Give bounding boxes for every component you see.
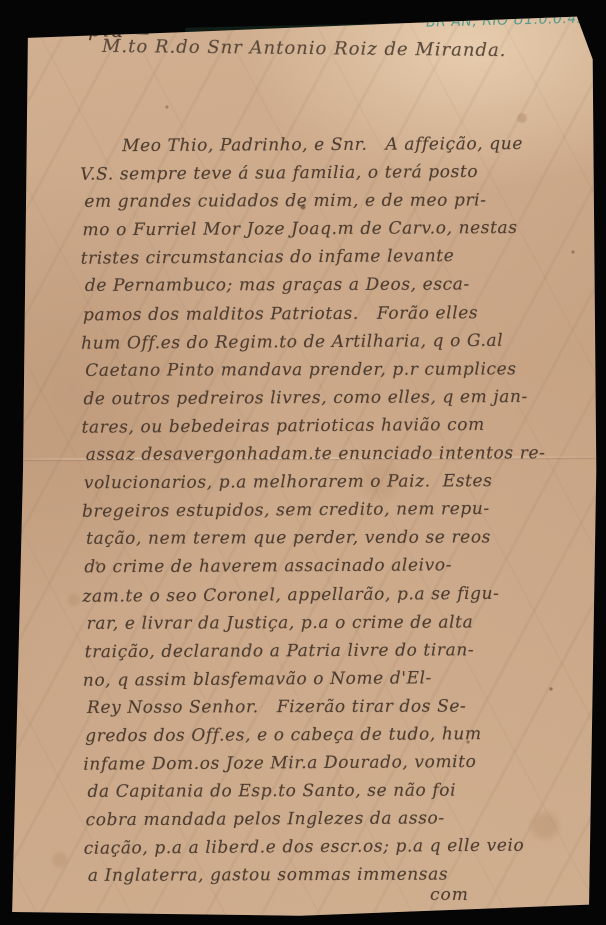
salutation-line: M.to R.do Snr Antonio Roiz de Miranda. <box>102 36 507 61</box>
manuscript-line: Rey Nosso Senhor. Fizerão tirar dos Se- <box>87 692 571 722</box>
manuscript-line: cobra mandada pelos Inglezes da asso- <box>86 804 570 835</box>
catchword: com <box>430 885 469 905</box>
manuscript-line: Meo Thio, Padrinho, e Snr. A affeição, q… <box>82 130 566 161</box>
manuscript-line: rar, e livrar da Justiça, p.a o crime de… <box>87 608 571 638</box>
manuscript-line: traição, declarando a Patria livre do ti… <box>85 635 569 666</box>
manuscript-line: a Inglaterra, gastou sommas immensas <box>88 861 572 891</box>
manuscript-line: bregeiros estupidos, sem credito, nem re… <box>82 495 566 526</box>
scan-background: BR AN, RIO U1.0.0.459, p.1 = Copia = M.t… <box>0 0 606 925</box>
manuscript-line: pamos dos malditos Patriotas. Forão elle… <box>83 298 567 329</box>
manuscript-line: da Capitania do Esp.to Santo, se não foi <box>87 776 571 806</box>
manuscript-line: gredos dos Off.es, e o cabeça de tudo, h… <box>85 720 569 751</box>
manuscript-line: Caetano Pinto mandava prender, p.r cumpl… <box>85 355 569 385</box>
manuscript-line: ciação, p.a a liberd.e dos escr.os; p.a … <box>84 832 568 863</box>
manuscript-line: em grandes cuidados de mim, e de meo pri… <box>84 186 568 216</box>
manuscript-line: mo o Furriel Mor Joze Joaq.m de Carv.o, … <box>82 214 566 245</box>
manuscript-line: hum Off.es do Regim.to de Artilharia, q … <box>81 326 565 357</box>
manuscript-line: infame Dom.os Joze Mir.a Dourado, vomito <box>83 747 567 778</box>
manuscript-page: BR AN, RIO U1.0.0.459, p.1 = Copia = M.t… <box>0 0 606 925</box>
manuscript-body: Meo Thio, Padrinho, e Snr. A affeição, q… <box>82 130 570 891</box>
manuscript-line: tristes circumstancias do infame levante <box>81 242 565 273</box>
manuscript-line: V.S. sempre teve á sua familia, o terá p… <box>80 157 564 188</box>
manuscript-line: tação, nem terem que perder, vendo se re… <box>86 523 570 553</box>
manuscript-line: do crime de haverem assacinado aleivo- <box>84 551 568 582</box>
manuscript-line: zam.te o seo Coronel, appellarão, p.a se… <box>82 579 566 610</box>
manuscript-line: tares, ou bebedeiras patrioticas havião … <box>81 410 565 441</box>
manuscript-line: assaz desavergonhadam.te enunciado inten… <box>86 439 570 469</box>
manuscript-line: volucionarios, p.a melhorarem o Paiz. Es… <box>84 467 568 498</box>
manuscript-line: no, q assim blasfemavão o Nome d'El- <box>83 663 567 694</box>
manuscript-line: de outros pedreiros livres, como elles, … <box>83 383 567 414</box>
manuscript-line: de Pernambuco; mas graças a Deos, esca- <box>85 271 569 301</box>
